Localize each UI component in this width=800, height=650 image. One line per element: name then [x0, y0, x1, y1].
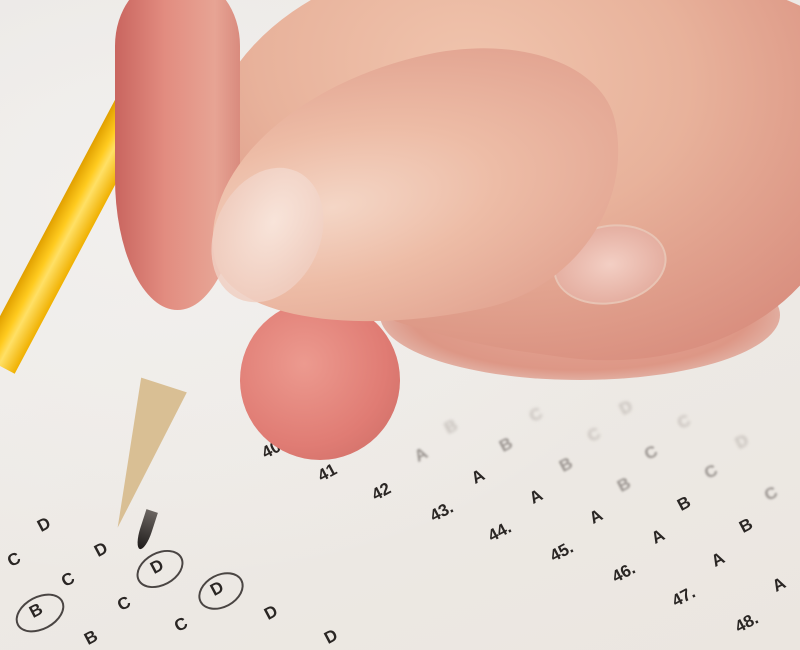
middle-finger — [240, 300, 400, 460]
